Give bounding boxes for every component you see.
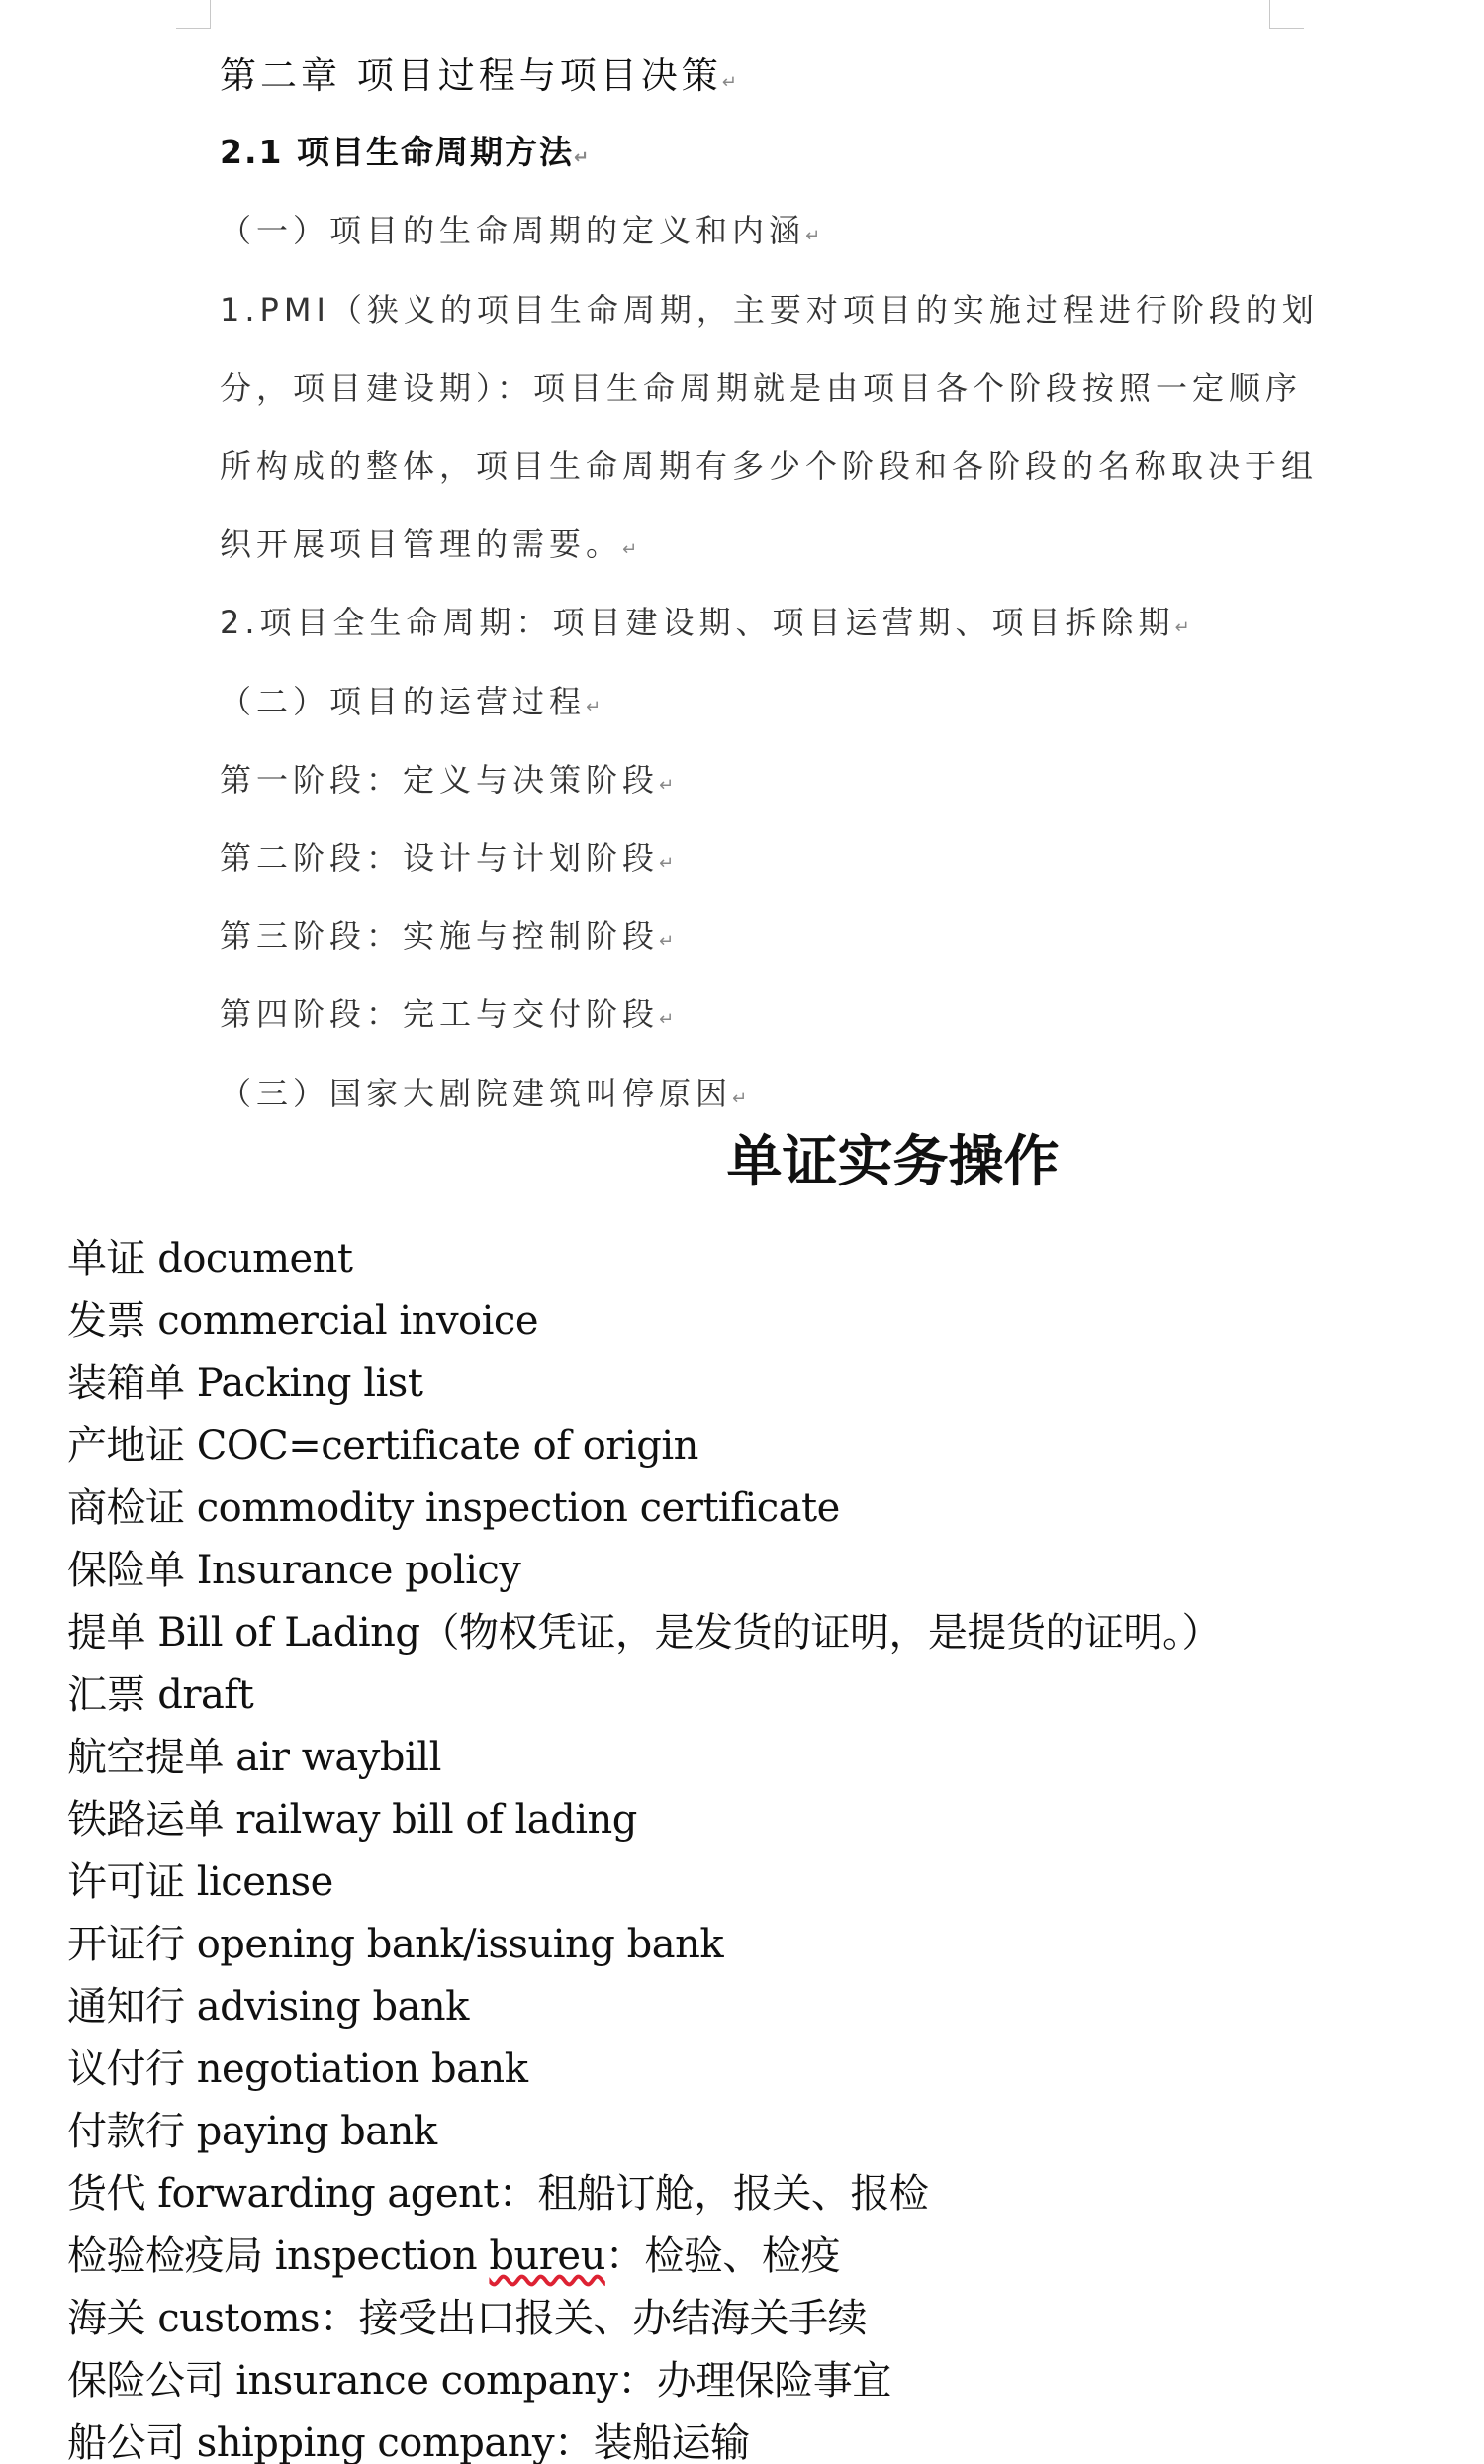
vocab-chinese: 装箱单 bbox=[67, 1361, 185, 1406]
vocab-row: 保险公司 insurance company：办理保险事宜 bbox=[67, 2349, 891, 2406]
vocab-note: ：检验、检疫 bbox=[605, 2233, 840, 2279]
vocab-row: 发票 commercial invoice bbox=[67, 1289, 538, 1346]
vocab-english: commodity inspection certificate bbox=[197, 1485, 840, 1531]
section-heading: 2.1 项目生命周期方法↵ bbox=[220, 127, 589, 173]
vocab-chinese: 商检证 bbox=[67, 1485, 185, 1531]
para2: 2.项目全生命周期：项目建设期、项目运营期、项目拆除期↵ bbox=[220, 598, 1190, 643]
stage-item: 第四阶段：完工与交付阶段↵ bbox=[220, 990, 674, 1035]
vocab-row: 开证行 opening bank/issuing bank bbox=[67, 1913, 723, 1969]
vocab-chinese: 产地证 bbox=[67, 1423, 185, 1469]
chapter-title: 第二章 项目过程与项目决策↵ bbox=[220, 46, 737, 99]
vocab-note: ：接受出口报关、办结海关手续 bbox=[320, 2296, 867, 2341]
paragraph-mark-icon: ↵ bbox=[586, 697, 601, 717]
vocab-chinese: 检验检疫局 bbox=[67, 2233, 263, 2279]
vocab-row: 议付行 negotiation bank bbox=[67, 2038, 527, 2094]
page-corner-mark-right bbox=[1269, 0, 1304, 29]
stage-item: 第一阶段：定义与决策阶段↵ bbox=[220, 755, 674, 801]
vocab-chinese: 议付行 bbox=[67, 2046, 185, 2092]
paragraph-mark-icon: ↵ bbox=[622, 539, 637, 560]
vocab-row: 装箱单 Packing list bbox=[67, 1352, 422, 1408]
vocab-row: 保险单 Insurance policy bbox=[67, 1539, 520, 1595]
vocab-english: opening bank/issuing bank bbox=[197, 1922, 723, 1967]
vocab-note: （物权凭证，是发货的证明，是提货的证明。） bbox=[419, 1610, 1221, 1656]
vocab-chinese: 付款行 bbox=[67, 2109, 185, 2154]
vocab-chinese: 海关 bbox=[67, 2296, 145, 2341]
subheading-3: （三）国家大剧院建筑叫停原因↵ bbox=[220, 1069, 747, 1114]
para1-line: 1.PMI（狭义的项目生命周期，主要对项目的实施过程进行阶段的划 bbox=[220, 285, 1319, 331]
vocab-english: Insurance policy bbox=[197, 1548, 521, 1593]
vocab-english: negotiation bank bbox=[197, 2046, 528, 2092]
vocab-row: 铁路运单 railway bill of lading bbox=[67, 1788, 637, 1845]
vocab-note: ：装船运输 bbox=[554, 2420, 750, 2464]
stage-item: 第二阶段：设计与计划阶段↵ bbox=[220, 833, 674, 879]
vocab-row: 单证 document bbox=[67, 1227, 353, 1283]
subheading-2: （二）项目的运营过程↵ bbox=[220, 677, 601, 722]
paragraph-mark-icon: ↵ bbox=[574, 147, 589, 168]
vocab-chinese: 发票 bbox=[67, 1298, 145, 1344]
vocab-chinese: 货代 bbox=[67, 2171, 145, 2217]
vocab-row: 检验检疫局 inspection bureu：检验、检疫 bbox=[67, 2225, 840, 2281]
stage-item: 第三阶段：实施与控制阶段↵ bbox=[220, 911, 674, 957]
vocab-english: railway bill of lading bbox=[235, 1797, 637, 1843]
section2-title: 单证实务操作 bbox=[0, 1118, 1484, 1197]
vocab-row: 海关 customs：接受出口报关、办结海关手续 bbox=[67, 2287, 867, 2343]
vocab-english: paying bank bbox=[197, 2109, 437, 2154]
para1-line: 所构成的整体，项目生命周期有多少个阶段和各阶段的名称取决于组 bbox=[220, 441, 1318, 487]
paragraph-mark-icon: ↵ bbox=[659, 1009, 674, 1030]
vocab-english: Bill of Lading bbox=[157, 1610, 419, 1656]
vocab-chinese: 通知行 bbox=[67, 1984, 185, 2030]
vocab-row: 船公司 shipping company：装船运输 bbox=[67, 2412, 750, 2464]
vocab-row: 付款行 paying bank bbox=[67, 2100, 437, 2156]
vocab-row: 商检证 commodity inspection certificate bbox=[67, 1476, 840, 1533]
paragraph-mark-icon: ↵ bbox=[722, 72, 737, 93]
paragraph-mark-icon: ↵ bbox=[659, 775, 674, 796]
vocab-chinese: 汇票 bbox=[67, 1672, 145, 1718]
vocab-row: 通知行 advising bank bbox=[67, 1975, 469, 2032]
vocab-row: 提单 Bill of Lading（物权凭证，是发货的证明，是提货的证明。） bbox=[67, 1601, 1221, 1658]
vocab-row: 货代 forwarding agent：租船订舱，报关、报检 bbox=[67, 2162, 928, 2219]
subheading-1: （一）项目的生命周期的定义和内涵↵ bbox=[220, 206, 820, 251]
vocab-english: license bbox=[197, 1859, 333, 1905]
vocab-english: Packing list bbox=[197, 1361, 423, 1406]
vocab-english: forwarding agent bbox=[157, 2171, 499, 2217]
vocab-english: customs bbox=[157, 2296, 320, 2341]
paragraph-mark-icon: ↵ bbox=[1175, 617, 1190, 638]
vocab-chinese: 船公司 bbox=[67, 2420, 185, 2464]
vocab-chinese: 单证 bbox=[67, 1236, 145, 1281]
vocab-row: 汇票 draft bbox=[67, 1663, 253, 1720]
paragraph-mark-icon: ↵ bbox=[805, 226, 820, 246]
paragraph-mark-icon: ↵ bbox=[659, 853, 674, 874]
vocab-row: 许可证 license bbox=[67, 1850, 333, 1907]
paragraph-mark-icon: ↵ bbox=[659, 931, 674, 952]
vocab-row: 产地证 COC=certificate of origin bbox=[67, 1414, 698, 1470]
page-corner-mark-left bbox=[176, 0, 211, 29]
vocab-english: air waybill bbox=[235, 1735, 441, 1780]
vocab-english: document bbox=[157, 1236, 352, 1281]
para1-line: 分，项目建设期）：项目生命周期就是由项目各个阶段按照一定顺序 bbox=[220, 363, 1302, 409]
vocab-english: insurance company bbox=[235, 2358, 617, 2404]
vocab-chinese: 保险公司 bbox=[67, 2358, 224, 2404]
vocab-note: ：租船订舱，报关、报检 bbox=[499, 2171, 929, 2217]
vocab-chinese: 许可证 bbox=[67, 1859, 185, 1905]
vocab-chinese: 开证行 bbox=[67, 1922, 185, 1967]
vocab-english: draft bbox=[157, 1672, 253, 1718]
vocab-row: 航空提单 air waybill bbox=[67, 1726, 441, 1782]
vocab-english: advising bank bbox=[197, 1984, 469, 2030]
vocab-english: commercial invoice bbox=[157, 1298, 538, 1344]
vocab-chinese: 航空提单 bbox=[67, 1735, 224, 1780]
spellcheck-flagged-word: bureu bbox=[489, 2233, 604, 2279]
vocab-note: ：办理保险事宜 bbox=[617, 2358, 891, 2404]
vocab-chinese: 铁路运单 bbox=[67, 1797, 224, 1843]
vocab-chinese: 保险单 bbox=[67, 1548, 185, 1593]
paragraph-mark-icon: ↵ bbox=[732, 1089, 747, 1109]
vocab-english: COC=certificate of origin bbox=[197, 1423, 698, 1469]
vocab-chinese: 提单 bbox=[67, 1610, 145, 1656]
vocab-english: shipping company bbox=[197, 2420, 554, 2464]
para1-line: 织开展项目管理的需要。↵ bbox=[220, 520, 637, 565]
vocab-english: inspection bbox=[275, 2233, 477, 2279]
